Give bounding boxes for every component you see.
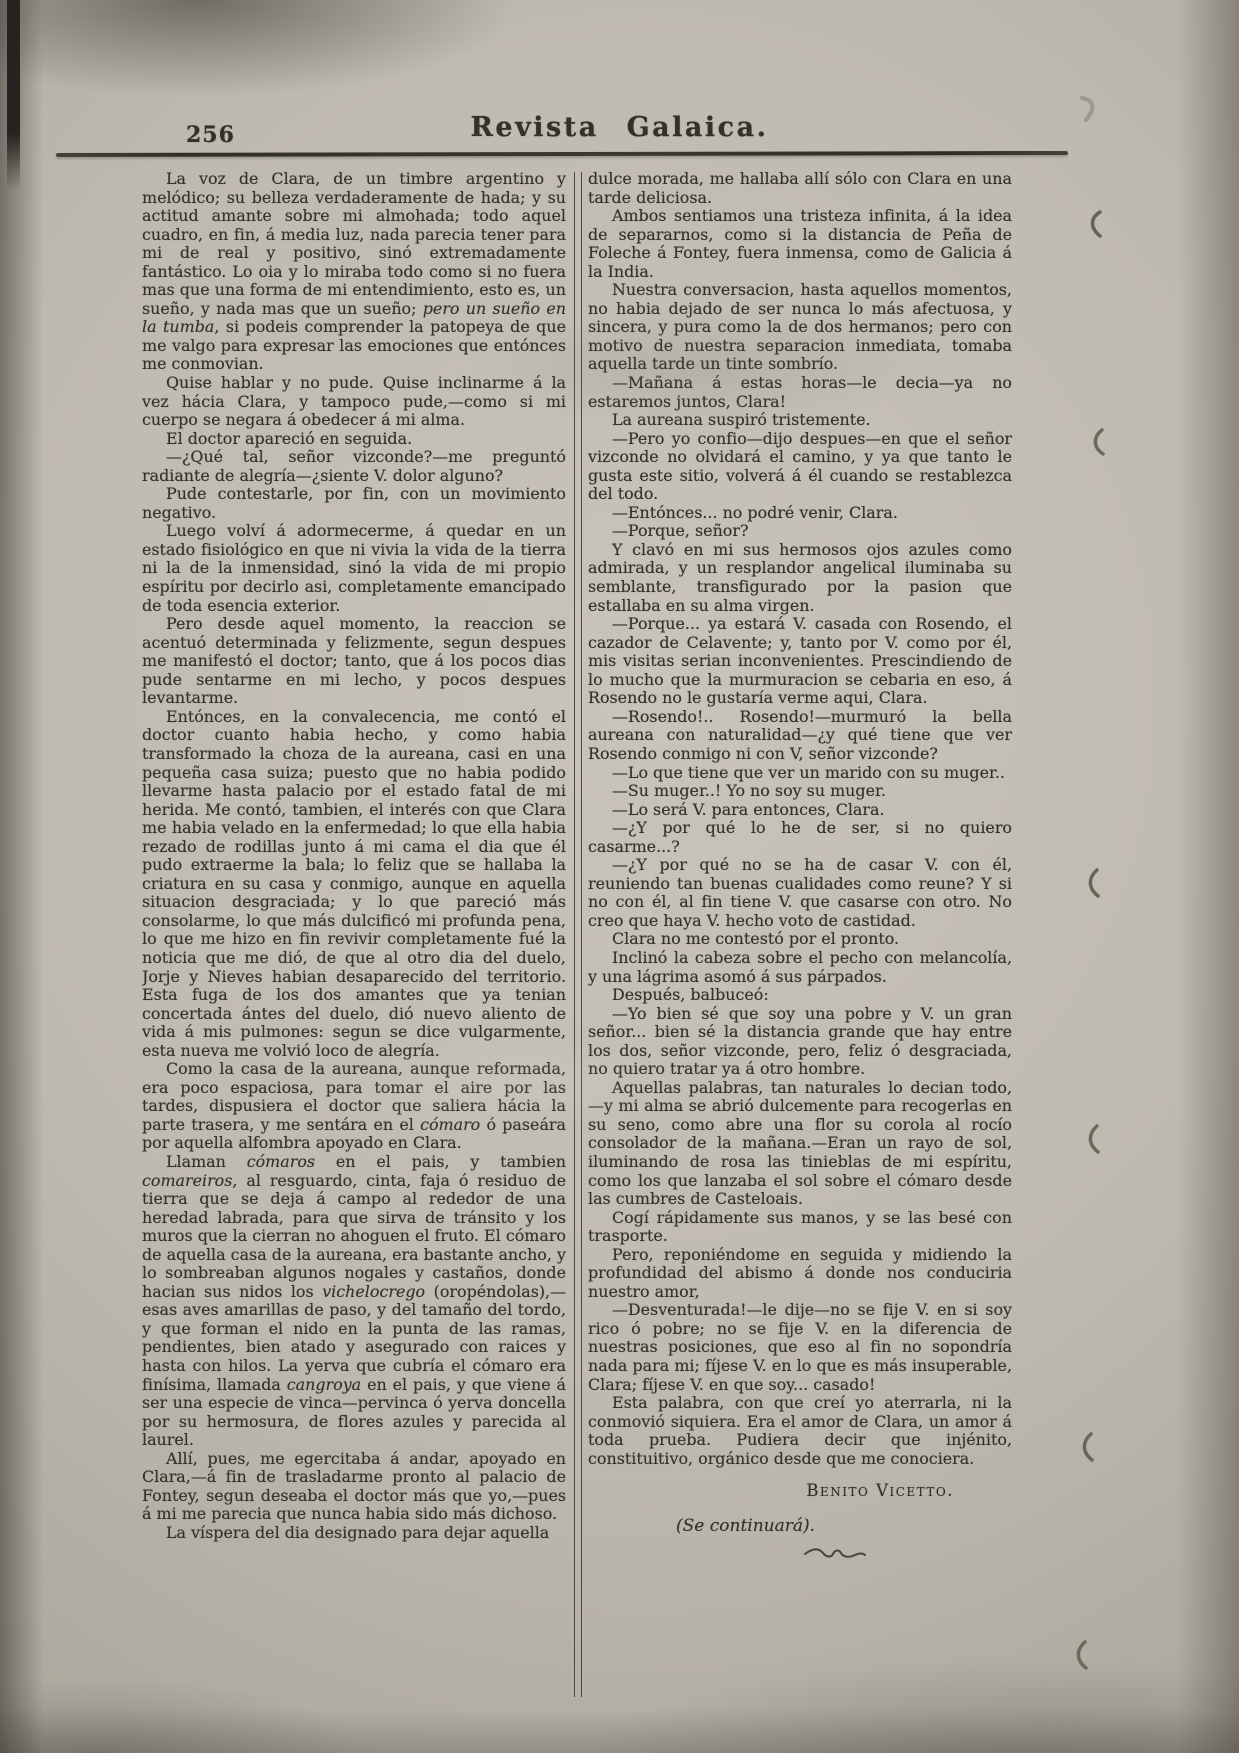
paragraph: Quise hablar y no pude. Quise inclinarme…	[142, 374, 566, 430]
paragraph: Y clavó en mi sus hermosos ojos azules c…	[588, 541, 1012, 615]
paragraph: —¿Y por qué no se ha de casar V. con él,…	[588, 856, 1012, 930]
paragraph: —Entónces... no podré venir, Clara.	[588, 504, 1012, 523]
continuation-note: (Se continuará).	[588, 1517, 1012, 1536]
page-edge-shadow	[7, 0, 20, 190]
paragraph: Clara no me contestó por el pronto.	[588, 930, 1012, 949]
paragraph: —Pero yo confio—dijo despues—en que el s…	[588, 430, 1012, 504]
binding-mark	[1078, 1432, 1098, 1462]
paragraph: —Lo que tiene que ver un marido con su m…	[588, 764, 1012, 783]
paragraph: Después, balbuceó:	[588, 986, 1012, 1005]
article-body: La voz de Clara, de un timbre argentino …	[142, 170, 1016, 1715]
paragraph: —Mañana á estas horas—le decia—ya no est…	[588, 374, 1012, 411]
paragraph: —Desventurada!—le dije—no se fije V. en …	[588, 1301, 1012, 1394]
column-divider-rule	[574, 172, 582, 1697]
paragraph: Pero, reponiéndome en seguida y midiendo…	[588, 1246, 1012, 1302]
paragraph: Luego volví á adormecerme, á quedar en u…	[142, 522, 566, 615]
paragraph: La voz de Clara, de un timbre argentino …	[142, 170, 566, 374]
paragraph: —Yo bien sé que soy una pobre y V. un gr…	[588, 1005, 1012, 1079]
paragraph: El doctor apareció en seguida.	[142, 430, 566, 449]
paragraph: Inclinó la cabeza sobre el pecho con mel…	[588, 949, 1012, 986]
paragraph: La víspera del dia designado para dejar …	[142, 1524, 566, 1543]
paragraph: —Rosendo!.. Rosendo!—murmuró la bella au…	[588, 708, 1012, 764]
paragraph: Llaman cómaros en el pais, y tambien com…	[142, 1153, 566, 1450]
page-header: 256 Revista Galaica.	[0, 104, 1239, 150]
paragraph: Cogí rápidamente sus manos, y se las bes…	[588, 1209, 1012, 1246]
scanned-magazine-page: 256 Revista Galaica. La voz de Clara, de…	[0, 0, 1239, 1753]
binding-mark	[1084, 868, 1104, 898]
paragraph: —Porque... ya estará V. casada con Rosen…	[588, 615, 1012, 708]
binding-mark	[1088, 428, 1108, 456]
binding-mark	[1072, 1640, 1092, 1670]
paragraph: —Lo será V. para entonces, Clara.	[588, 801, 1012, 820]
paragraph: Allí, pues, me egercitaba á andar, apoya…	[142, 1450, 566, 1524]
binding-mark	[1086, 210, 1106, 238]
paragraph: Nuestra conversacion, hasta aquellos mom…	[588, 281, 1012, 374]
paragraph: Esta palabra, con que creí yo aterrarla,…	[588, 1394, 1012, 1468]
binding-mark	[1084, 1124, 1104, 1154]
masthead-title: Revista Galaica.	[0, 112, 1239, 143]
right-column-text: dulce morada, me hallaba allí sólo con C…	[588, 170, 1012, 1468]
paragraph: —¿Y por qué lo he de ser, si no quiero c…	[588, 819, 1012, 856]
paragraph: —¿Qué tal, señor vizconde?—me preguntó r…	[142, 448, 566, 485]
paragraph: Pero desde aquel momento, la reaccion se…	[142, 615, 566, 708]
binding-mark	[1078, 96, 1100, 122]
paragraph: —Su muger..! Yo no soy su muger.	[588, 782, 1012, 801]
paragraph: La aureana suspiró tristemente.	[588, 411, 1012, 430]
paragraph: Aquellas palabras, tan naturales lo deci…	[588, 1079, 1012, 1209]
paragraph: Ambos sentiamos una tristeza infinita, á…	[588, 207, 1012, 281]
author-signature: Benito Vicetto.	[588, 1482, 1012, 1501]
paragraph: —Porque, señor?	[588, 522, 1012, 541]
right-column: dulce morada, me hallaba allí sólo con C…	[588, 170, 1012, 1715]
paragraph: Entónces, en la convalecencia, me contó …	[142, 708, 566, 1060]
flourish-ornament	[803, 1545, 867, 1561]
paragraph: Como la casa de la aureana, aunque refor…	[142, 1060, 566, 1153]
left-column: La voz de Clara, de un timbre argentino …	[142, 170, 566, 1715]
header-rule	[56, 151, 1068, 157]
paragraph: Pude contestarle, por fin, con un movimi…	[142, 485, 566, 522]
paragraph: dulce morada, me hallaba allí sólo con C…	[588, 170, 1012, 207]
